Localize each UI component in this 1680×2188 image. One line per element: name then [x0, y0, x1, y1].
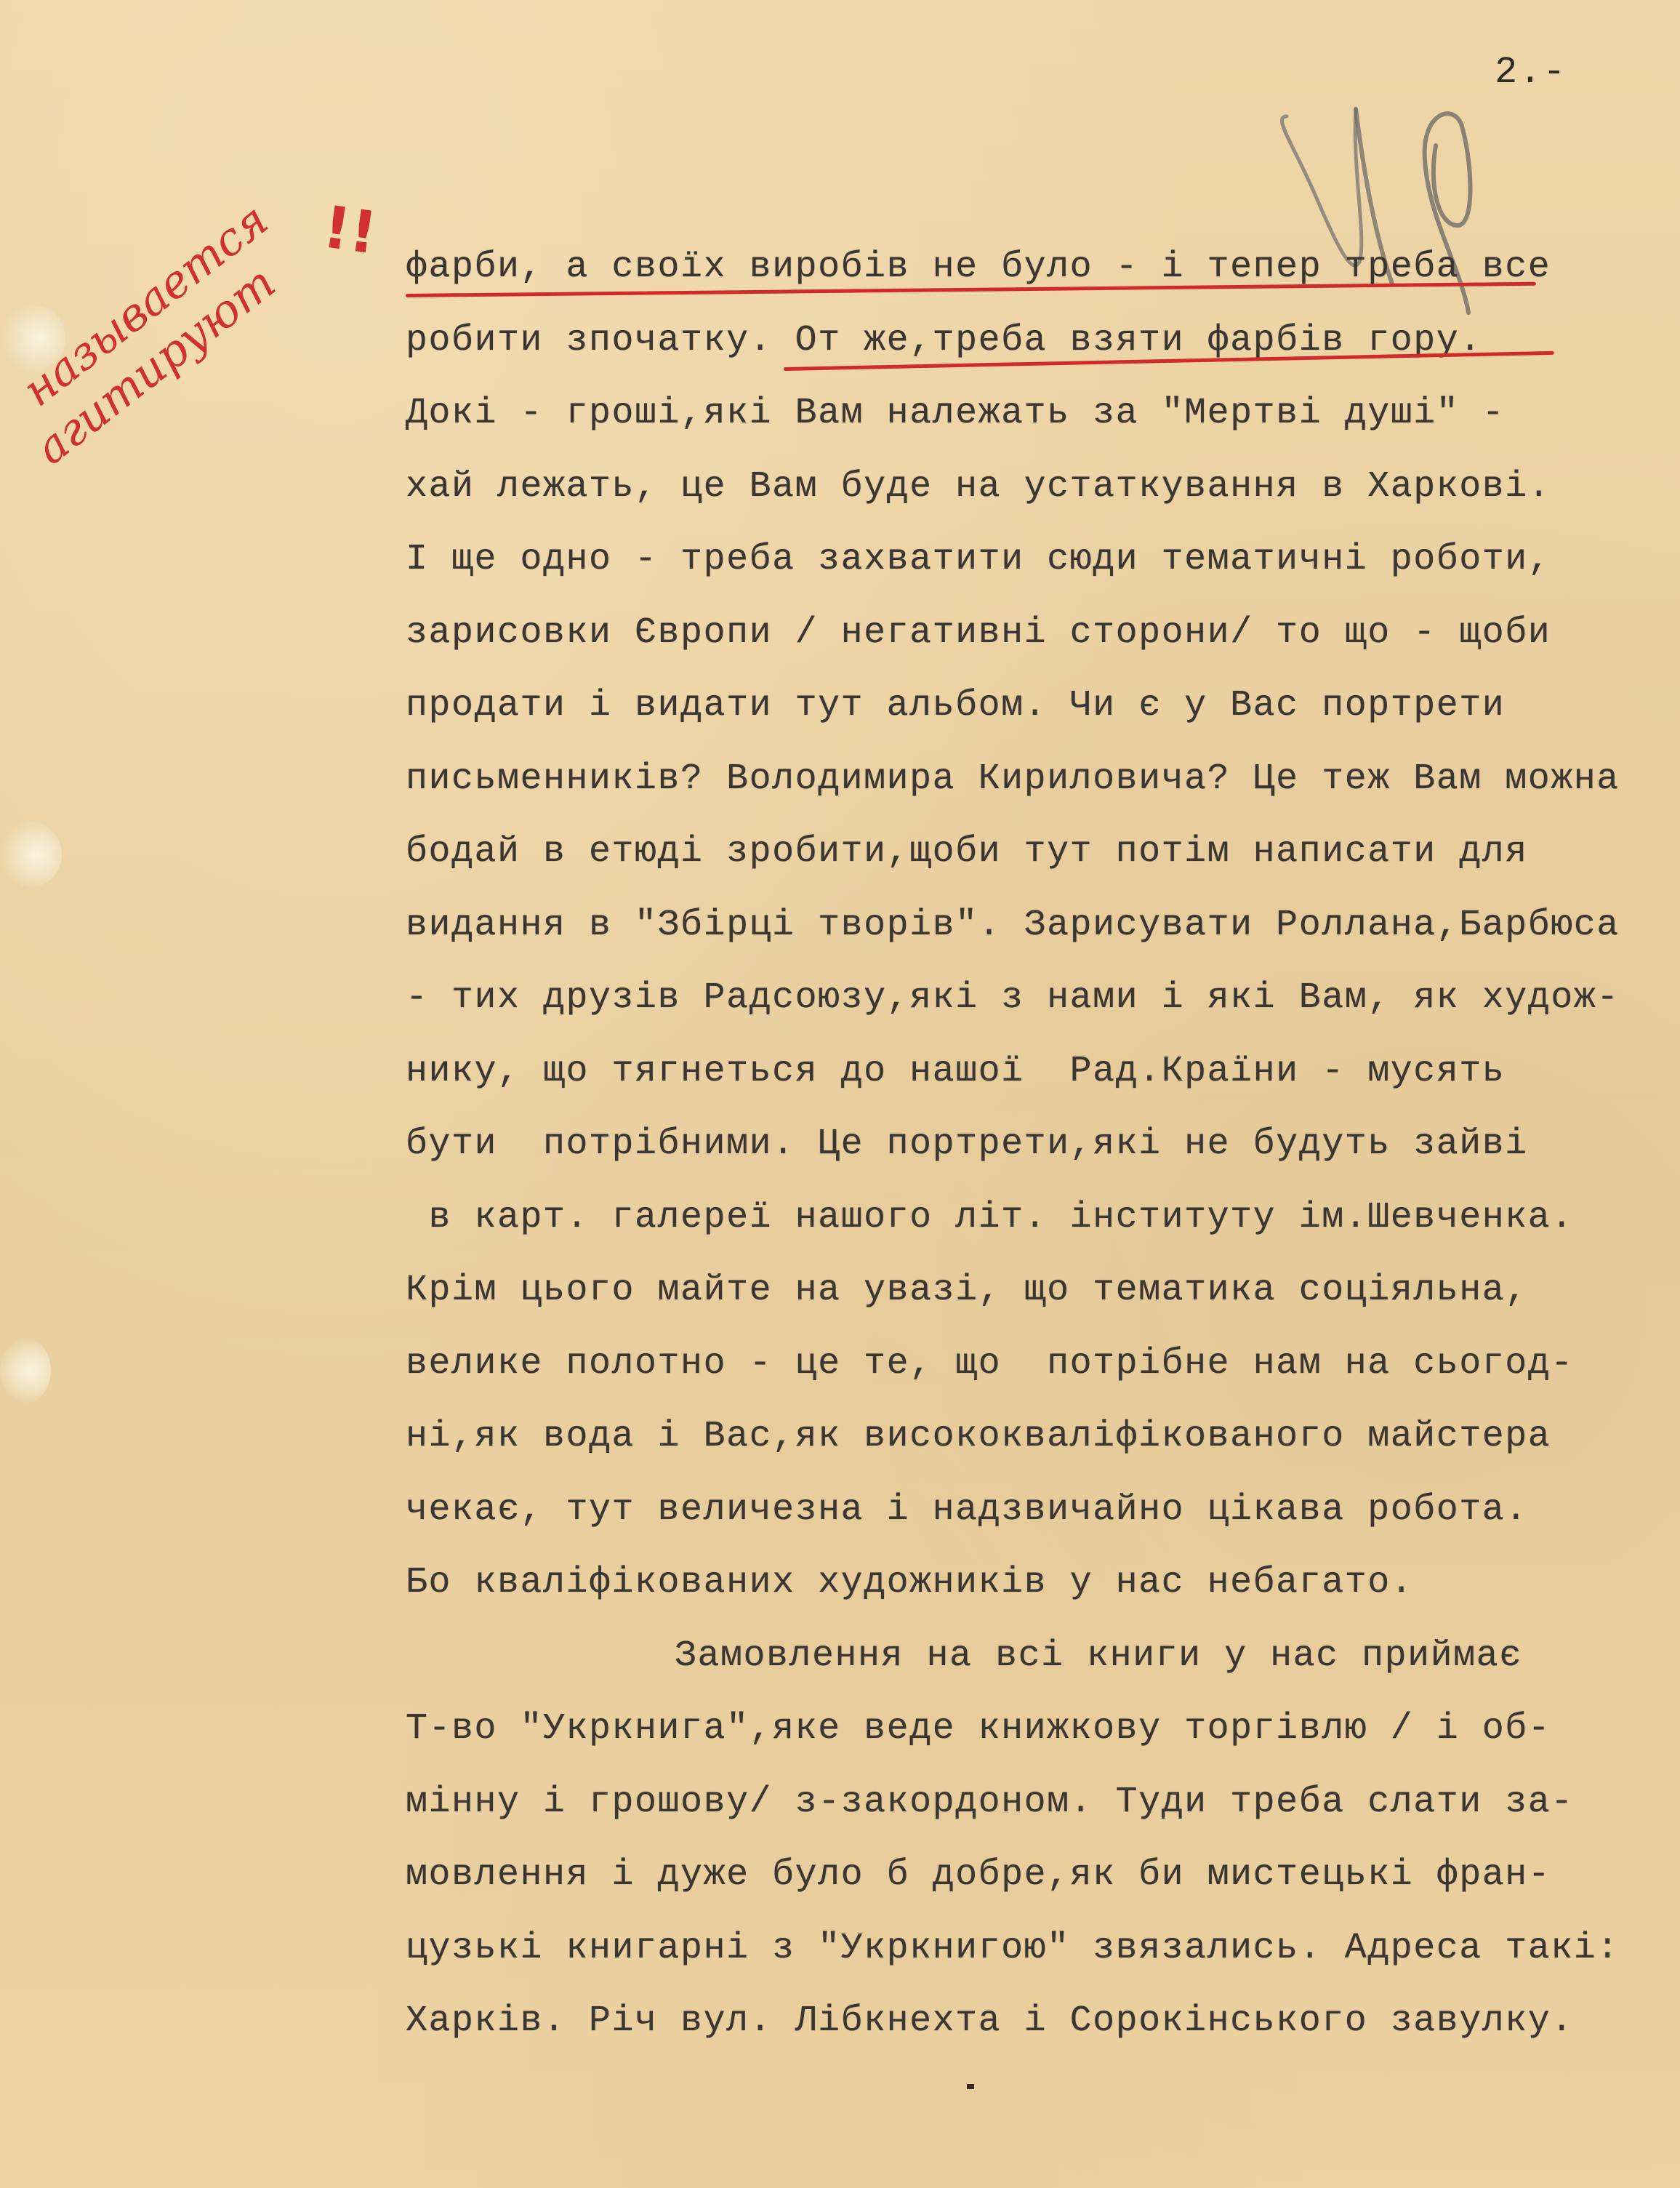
text-line-paragraph-start: Замовлення на всі книги у нас приймає: [406, 1620, 1671, 1694]
text-line: Крім цього майте на увазі, що тематика с…: [406, 1254, 1671, 1328]
text-line: мовлення і дуже було б добре,як би мисте…: [406, 1839, 1671, 1912]
document-page: 2.- 119 называется агитируют !! фарби, а…: [0, 0, 1680, 2188]
margin-note-exclamation: !!: [319, 193, 381, 267]
text-line: мінну і грошову/ з-закордоном. Туди треб…: [406, 1766, 1671, 1840]
text-line: нику, що тягнеться до нашої Рад.Країни -…: [406, 1035, 1671, 1109]
text-line: робити зпочатку. От же,треба взяти фарбі…: [406, 305, 1671, 378]
text-line: цузькі книгарні з "Укркнигою" звязались.…: [406, 1912, 1671, 1986]
text-line: Харків. Річ вул. Лібкнехта і Сорокінсько…: [406, 1985, 1671, 2059]
page-number: 2.-: [1495, 51, 1567, 94]
ink-speck: [967, 2084, 974, 2089]
punch-hole: [0, 1338, 51, 1403]
text-line: чекає, тут величезна і надзвичайно цікав…: [406, 1474, 1671, 1547]
text-line: в карт. галереї нашого літ. інституту ім…: [406, 1182, 1671, 1255]
text-line: видання в "Збірці творів". Зарисувати Ро…: [406, 889, 1671, 963]
text-line: хай лежать, це Вам буде на устаткування …: [406, 451, 1671, 524]
text-line: І ще одно - треба захватити сюди тематич…: [406, 524, 1671, 597]
punch-hole: [0, 822, 62, 887]
text-line: - тих друзів Радсоюзу,які з нами і які В…: [406, 962, 1671, 1035]
text-line: Докі - гроші,які Вам належать за "Мертві…: [406, 377, 1671, 451]
text-line: продати і видати тут альбом. Чи є у Вас …: [406, 670, 1671, 743]
text-line: зарисовки Європи / негативні сторони/ то…: [406, 597, 1671, 670]
text-line: Т-во "Укркнига",яке веде книжкову торгів…: [406, 1693, 1671, 1766]
text-line: письменників? Володимира Кириловича? Це …: [406, 743, 1671, 817]
typewritten-body: фарби, а своїх виробів не було - і тепер…: [406, 231, 1671, 2059]
text-line: Бо кваліфікованих художників у нас небаг…: [406, 1547, 1671, 1620]
text-line: бодай в етюді зробити,щоби тут потім нап…: [406, 816, 1671, 889]
text-line: велике полотно - це те, що потрібне нам …: [406, 1328, 1671, 1401]
margin-handwritten-note: называется агитируют !!: [29, 182, 407, 458]
text-line: фарби, а своїх виробів не було - і тепер…: [406, 231, 1671, 305]
text-line: ні,як вода і Вас,як висококваліфікованог…: [406, 1400, 1671, 1474]
text-line: бути потрібними. Це портрети,які не буду…: [406, 1108, 1671, 1182]
